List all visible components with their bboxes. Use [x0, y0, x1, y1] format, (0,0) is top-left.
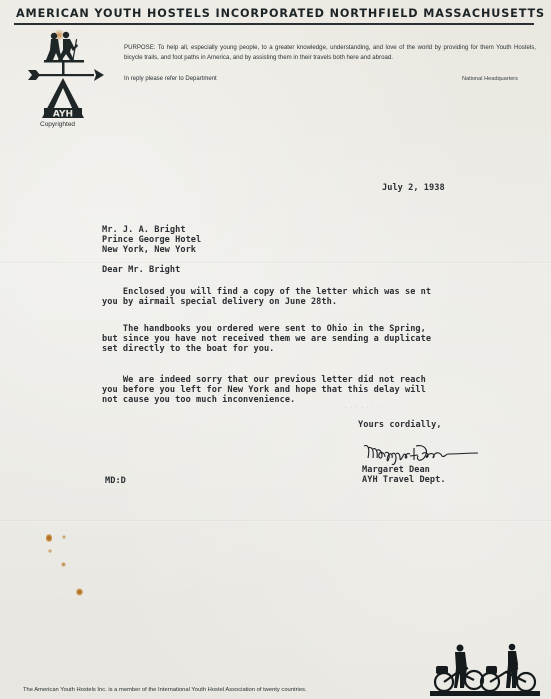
stain: [48, 549, 52, 553]
stain: [76, 588, 83, 596]
stain: [61, 562, 66, 567]
body-paragraph: We are indeed sorry that our previous le…: [102, 375, 426, 405]
body-paragraph: Enclosed you will find a copy of the let…: [102, 287, 431, 307]
body-paragraph: The handbooks you ordered were sent to O…: [102, 324, 431, 354]
recipient-name: Mr. J. A. Bright: [102, 225, 186, 235]
recipient-address: Mr. J. A. Bright Prince George Hotel New…: [102, 225, 201, 255]
weathervane-hikers-logo-icon: AYH: [24, 30, 108, 130]
header-rule: [14, 23, 534, 25]
closing: Yours cordially,: [358, 420, 442, 430]
letter-date: July 2, 1938: [382, 183, 445, 193]
headquarters-label: National Headquarters: [462, 76, 518, 82]
recipient-city: New York, New York: [102, 245, 196, 255]
organization-header: AMERICAN YOUTH HOSTELS INCORPORATED NORT…: [16, 7, 534, 20]
signer-name: Margaret Dean: [362, 465, 430, 475]
membership-note: The American Youth Hostels Inc. is a mem…: [23, 687, 307, 693]
paper-fold: [0, 520, 551, 522]
stain: [62, 535, 66, 539]
recipient-hotel: Prince George Hotel: [102, 235, 201, 245]
signer-department: AYH Travel Dept.: [362, 475, 446, 485]
purpose-statement: PURPOSE: To help all, especially young p…: [124, 43, 536, 62]
salutation: Dear Mr. Bright: [102, 265, 180, 275]
signer-block: Margaret Dean AYH Travel Dept.: [362, 465, 446, 485]
svg-text:AYH: AYH: [53, 110, 73, 120]
cyclists-silhouette-icon: [430, 642, 540, 696]
stain: [46, 533, 52, 543]
logo-caption: Copyrighted: [40, 121, 75, 128]
reply-reference: In reply please refer to Department: [124, 76, 217, 82]
reference-initials: MD:D: [105, 476, 126, 486]
paper-fold: [0, 262, 551, 264]
faint-stamp-mark: · · · · · · ·: [345, 405, 380, 411]
